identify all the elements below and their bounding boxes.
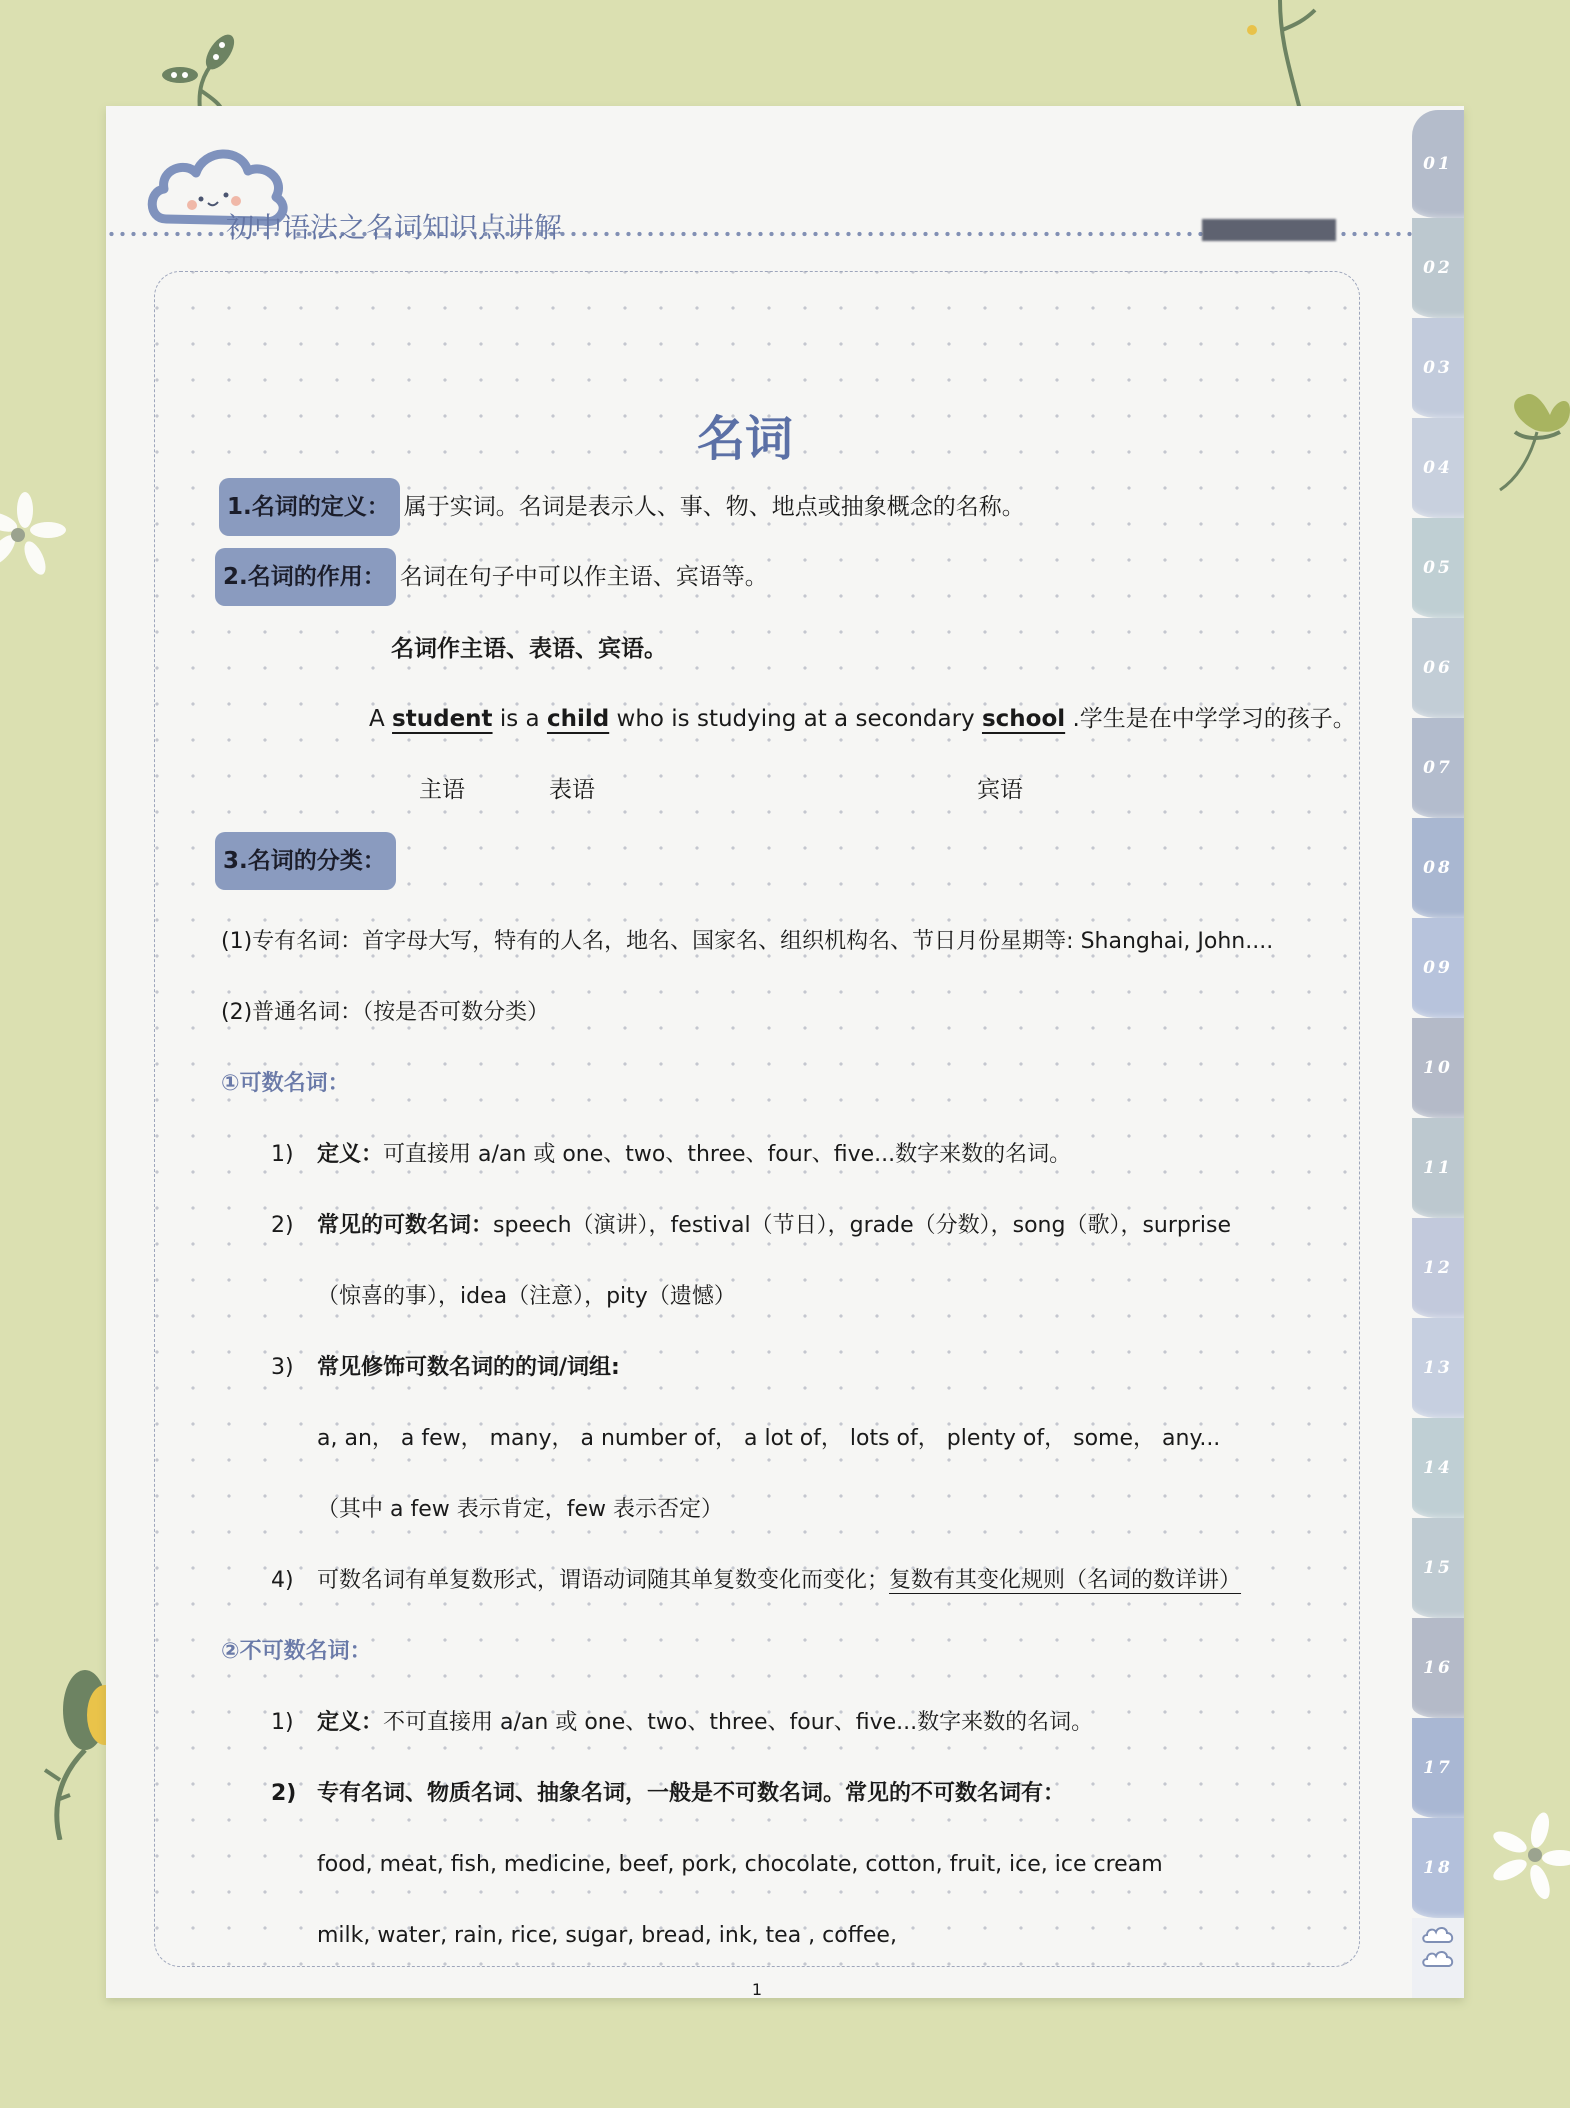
chapter-tab[interactable]: 13 bbox=[1412, 1318, 1464, 1418]
countable-modifiers: a, an， a few， many， a number of， a lot o… bbox=[317, 1424, 1220, 1454]
sprout-decoration-icon bbox=[1240, 0, 1330, 110]
chapter-tab[interactable]: 16 bbox=[1412, 1618, 1464, 1718]
uncountable-item-1: 1)定义：不可直接用 a/an 或 one、two、three、four、fiv… bbox=[271, 1708, 1093, 1738]
item-label: 常见的可数名词： bbox=[317, 1213, 493, 1238]
chapter-tab[interactable]: 01 bbox=[1412, 110, 1464, 218]
page-number: 1 bbox=[155, 1980, 1359, 1999]
role-predicative: 表语 bbox=[549, 775, 595, 805]
item-number: 2) bbox=[271, 1779, 317, 1809]
chapter-tab[interactable]: 18 bbox=[1412, 1818, 1464, 1918]
chapter-tab[interactable]: 07 bbox=[1412, 718, 1464, 818]
countable-item-4: 4)可数名词有单复数形式，谓语动词随其单复数变化而变化；复数有其变化规则（名词的… bbox=[271, 1566, 1241, 1596]
content-frame: 名词 1.名词的定义：属于实词。名词是表示人、事、物、地点或抽象概念的名称。 2… bbox=[154, 271, 1360, 1967]
countable-item-1: 1)定义：可直接用 a/an 或 one、two、three、four、five… bbox=[271, 1140, 1071, 1170]
uncountable-item-2: 2)专有名词、物质名词、抽象名词，一般是不可数名词。常见的不可数名词有： bbox=[271, 1779, 1065, 1809]
document-page: 初中语法之名词知识点讲解 010203040506070809101112131… bbox=[106, 106, 1464, 1998]
sprout-decoration-icon bbox=[160, 30, 250, 110]
uncountable-list-1: food, meat, fish, medicine, beef, pork, … bbox=[317, 1850, 1163, 1880]
item-label: 常见修饰可数名词的的词/词组: bbox=[317, 1355, 620, 1380]
example-word: is a bbox=[493, 706, 547, 732]
example-predicative-word: child bbox=[547, 706, 609, 732]
example-subject-word: student bbox=[392, 706, 493, 732]
chapter-tab[interactable]: 11 bbox=[1412, 1118, 1464, 1218]
role-subject: 主语 bbox=[419, 775, 465, 805]
chapter-tab[interactable]: 06 bbox=[1412, 618, 1464, 718]
item-number: 2) bbox=[271, 1211, 317, 1241]
item-text: 可直接用 a/an 或 one、two、three、four、five...数字… bbox=[383, 1142, 1071, 1167]
plural-rules-link[interactable]: 复数有其变化规则（名词的数详讲） bbox=[889, 1568, 1241, 1593]
item-number: 3) bbox=[271, 1353, 317, 1383]
uncountable-title: ②不可数名词： bbox=[221, 1637, 372, 1667]
flower-decoration-icon bbox=[0, 490, 70, 580]
example-object-word: school bbox=[982, 706, 1065, 732]
small-cloud-icon bbox=[1421, 1924, 1455, 1946]
flower-bud-decoration-icon bbox=[25, 1660, 110, 1840]
item-text: 可数名词有单复数形式，谓语动词随其单复数变化而变化； bbox=[317, 1568, 889, 1593]
item-text: speech（演讲），festival（节日），grade（分数），song（歌… bbox=[493, 1213, 1231, 1238]
role-object: 宾语 bbox=[977, 775, 1023, 805]
definition-row: 1.名词的定义：属于实词。名词是表示人、事、物、地点或抽象概念的名称。 bbox=[219, 478, 1025, 536]
function-subheading: 名词作主语、表语、宾语。 bbox=[391, 634, 667, 664]
countable-item-2-cont: （惊喜的事），idea（注意），pity（遗憾） bbox=[317, 1282, 736, 1312]
chapter-tab[interactable]: 15 bbox=[1412, 1518, 1464, 1618]
item-number: 1) bbox=[271, 1708, 317, 1738]
example-word: A bbox=[369, 706, 392, 732]
chapter-tab[interactable]: 02 bbox=[1412, 218, 1464, 318]
tab-strip-clouds bbox=[1412, 1918, 1464, 1998]
countable-title: ①可数名词： bbox=[221, 1069, 350, 1099]
item-label: 定义： bbox=[317, 1710, 383, 1735]
item-label: 定义： bbox=[317, 1142, 383, 1167]
proper-noun-text: (1)专有名词：首字母大写，特有的人名，地名、国家名、组织机构名、节日月份星期等… bbox=[221, 927, 1273, 957]
chapter-tab[interactable]: 17 bbox=[1412, 1718, 1464, 1818]
example-translation: .学生是在中学学习的孩子。 bbox=[1065, 706, 1356, 732]
item-label: 专有名词、物质名词、抽象名词，一般是不可数名词。常见的不可数名词有： bbox=[317, 1781, 1065, 1806]
chapter-tab[interactable]: 10 bbox=[1412, 1018, 1464, 1118]
countable-modifiers-note: （其中 a few 表示肯定，few 表示否定） bbox=[317, 1495, 723, 1525]
common-noun-text: (2)普通名词：（按是否可数分类） bbox=[221, 998, 549, 1028]
classification-row: 3.名词的分类： bbox=[215, 832, 400, 890]
main-heading: 名词 bbox=[143, 400, 1347, 469]
chapter-tab[interactable]: 12 bbox=[1412, 1218, 1464, 1318]
countable-item-3: 3)常见修饰可数名词的的词/词组: bbox=[271, 1353, 620, 1383]
leaf-decoration-icon bbox=[1495, 390, 1570, 500]
chapter-tab-strip: 010203040506070809101112131415161718 bbox=[1412, 110, 1464, 1998]
item-number: 4) bbox=[271, 1566, 317, 1596]
definition-label: 1.名词的定义： bbox=[219, 478, 400, 536]
definition-text: 属于实词。名词是表示人、事、物、地点或抽象概念的名称。 bbox=[404, 494, 1025, 520]
chapter-tab[interactable]: 04 bbox=[1412, 418, 1464, 518]
countable-item-2: 2)常见的可数名词：speech（演讲），festival（节日），grade（… bbox=[271, 1211, 1231, 1241]
function-label: 2.名词的作用： bbox=[215, 548, 396, 606]
uncountable-list-2: milk, water, rain, rice, sugar, bread, i… bbox=[317, 1921, 897, 1951]
example-word: who is studying at a secondary bbox=[609, 706, 982, 732]
chapter-tab[interactable]: 03 bbox=[1412, 318, 1464, 418]
flower-decoration-icon bbox=[1490, 1810, 1570, 1900]
example-sentence: A student is a child who is studying at … bbox=[369, 704, 1356, 734]
item-number: 1) bbox=[271, 1140, 317, 1170]
item-text: 不可直接用 a/an 或 one、two、three、four、five...数… bbox=[383, 1710, 1093, 1735]
small-cloud-icon bbox=[1421, 1948, 1455, 1970]
chapter-tab[interactable]: 09 bbox=[1412, 918, 1464, 1018]
chapter-tab[interactable]: 05 bbox=[1412, 518, 1464, 618]
redacted-watermark bbox=[1202, 219, 1336, 241]
chapter-tab[interactable]: 14 bbox=[1412, 1418, 1464, 1518]
classification-label: 3.名词的分类： bbox=[215, 832, 396, 890]
chapter-tab[interactable]: 08 bbox=[1412, 818, 1464, 918]
document-title: 初中语法之名词知识点讲解 bbox=[226, 206, 562, 246]
function-row: 2.名词的作用：名词在句子中可以作主语、宾语等。 bbox=[215, 548, 768, 606]
function-text: 名词在句子中可以作主语、宾语等。 bbox=[400, 564, 768, 590]
